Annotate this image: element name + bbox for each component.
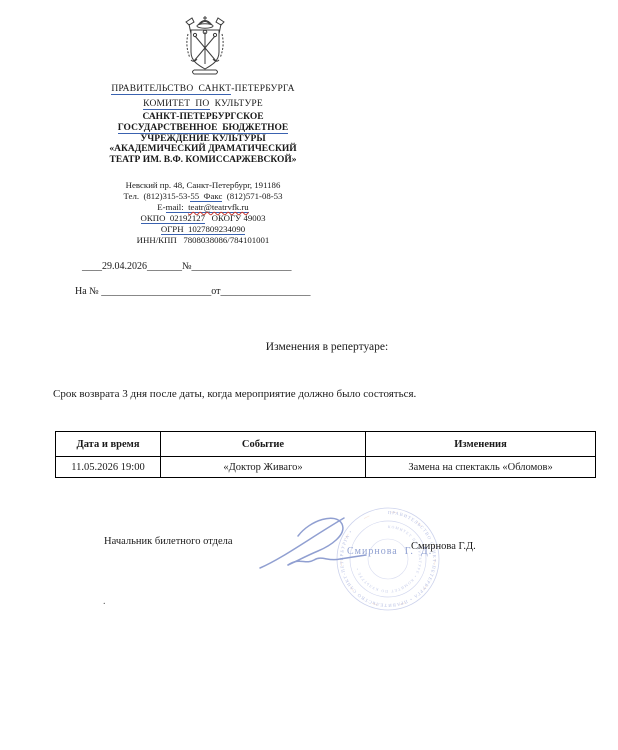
committee-underlined-text: КОМИТЕТ ПО xyxy=(143,99,209,110)
phone-underlined: 55 Факс xyxy=(190,191,222,202)
table-header-date: Дата и время xyxy=(56,432,161,457)
committee-line: КОМИТЕТ ПО КУЛЬТУРЕ xyxy=(78,99,328,109)
phone-rest: (812)571-08-53 xyxy=(222,191,282,201)
org-line-2: ГОСУДАРСТВЕННОЕ БЮДЖЕТНОЕ xyxy=(78,123,328,134)
email-line: E-mail: teatr@teatrvfk.ru xyxy=(78,202,328,213)
okogu-text: ОКОГУ 49003 xyxy=(205,213,265,223)
repertoire-table-wrap: Дата и время Событие Изменения 11.05.202… xyxy=(55,431,596,478)
document-title: Изменения в репертуаре: xyxy=(36,341,618,353)
ogrn-underlined: ОГРН 1027809234090 xyxy=(161,224,245,235)
svg-text:ПРАВИТЕЛЬСТВО САНКТ-ПЕТЕРБУРГА: ПРАВИТЕЛЬСТВО САНКТ-ПЕТЕРБУРГА • ПРАВИТЕ… xyxy=(339,510,437,608)
letter-page: ПРАВИТЕЛЬСТВО САНКТ-ПЕТЕРБУРГА КОМИТЕТ П… xyxy=(0,0,618,750)
reply-reference-line: На № ______________________от___________… xyxy=(75,286,310,297)
government-rest-text: -ПЕТЕРБУРГА xyxy=(231,84,294,94)
org-line-1: САНКТ-ПЕТЕРБУРГСКОЕ xyxy=(78,112,328,123)
government-underlined-text: ПРАВИТЕЛЬСТВО САНКТ xyxy=(111,84,231,95)
table-row: 11.05.2026 19:00 «Доктор Живаго» Замена … xyxy=(56,457,596,478)
date-number-line: ____29.04.2026_______№__________________… xyxy=(82,261,292,272)
address-line: Невский пр. 48, Санкт-Петербург, 191186 xyxy=(78,180,328,191)
org-line-5: ТЕАТР ИМ. В.Ф. КОМИССАРЖЕВСКОЙ» xyxy=(78,155,328,166)
ogrn-line: ОГРН 1027809234090 xyxy=(78,224,328,235)
table-header-changes: Изменения xyxy=(366,432,596,457)
email-prefix: E- xyxy=(157,202,165,212)
cell-change: Замена на спектакль «Обломов» xyxy=(366,457,596,478)
signer-name: Смирнова Г.Д. xyxy=(411,541,476,552)
government-line: ПРАВИТЕЛЬСТВО САНКТ-ПЕТЕРБУРГА xyxy=(78,84,328,94)
phone-prefix: Тел. (812)315-53- xyxy=(124,191,191,201)
committee-rest-text: КУЛЬТУРЕ xyxy=(210,99,263,109)
svg-text:КОМИТЕТ ПО КУЛЬТУРЕ • КОМИТЕТ: КОМИТЕТ ПО КУЛЬТУРЕ • КОМИТЕТ ПО КУЛЬТУР… xyxy=(355,525,422,593)
signer-position-title: Начальник билетного отдела xyxy=(104,536,233,547)
org-line-4: «АКАДЕМИЧЕСКИЙ ДРАМАТИЧЕСКИЙ xyxy=(78,144,328,155)
return-note: Срок возврата 3 дня после даты, когда ме… xyxy=(53,388,593,400)
org-line-2-underlined: ГОСУДАРСТВЕННОЕ БЮДЖЕТНОЕ xyxy=(118,123,288,134)
cell-datetime: 11.05.2026 19:00 xyxy=(56,457,161,478)
stamp-inner-ring-text: КОМИТЕТ ПО КУЛЬТУРЕ • КОМИТЕТ ПО КУЛЬТУР… xyxy=(355,525,422,593)
cell-event: «Доктор Живаго» xyxy=(161,457,366,478)
okpo-underlined: ОКПО 02192127 xyxy=(141,213,206,224)
org-line-3: УЧРЕЖДЕНИЕ КУЛЬТУРЫ xyxy=(78,134,328,145)
inn-line: ИНН/КПП 7808038086/784101001 xyxy=(78,235,328,246)
okpo-line: ОКПО 02192127 ОКОГУ 49003 xyxy=(78,213,328,224)
coat-of-arms-icon xyxy=(174,12,236,78)
round-stamp: ПРАВИТЕЛЬСТВО САНКТ-ПЕТЕРБУРГА • ПРАВИТЕ… xyxy=(333,504,443,614)
stamp-outer-ring-text: ПРАВИТЕЛЬСТВО САНКТ-ПЕТЕРБУРГА • ПРАВИТЕ… xyxy=(339,510,437,608)
table-header-row: Дата и время Событие Изменения xyxy=(56,432,596,457)
table-header-event: Событие xyxy=(161,432,366,457)
email-address: teatr@teatrvfk.ru xyxy=(188,202,249,212)
email-label: mail: xyxy=(166,202,188,212)
address-block: Невский пр. 48, Санкт-Петербург, 191186 … xyxy=(78,180,328,246)
stray-period: . xyxy=(103,596,106,607)
repertoire-table: Дата и время Событие Изменения 11.05.202… xyxy=(55,431,596,478)
organization-name-block: САНКТ-ПЕТЕРБУРГСКОЕ ГОСУДАРСТВЕННОЕ БЮДЖ… xyxy=(78,112,328,166)
email-underlined: mail: teatr@teatrvfk.ru xyxy=(166,202,249,213)
phone-line: Тел. (812)315-53-55 Факс (812)571-08-53 xyxy=(78,191,328,202)
